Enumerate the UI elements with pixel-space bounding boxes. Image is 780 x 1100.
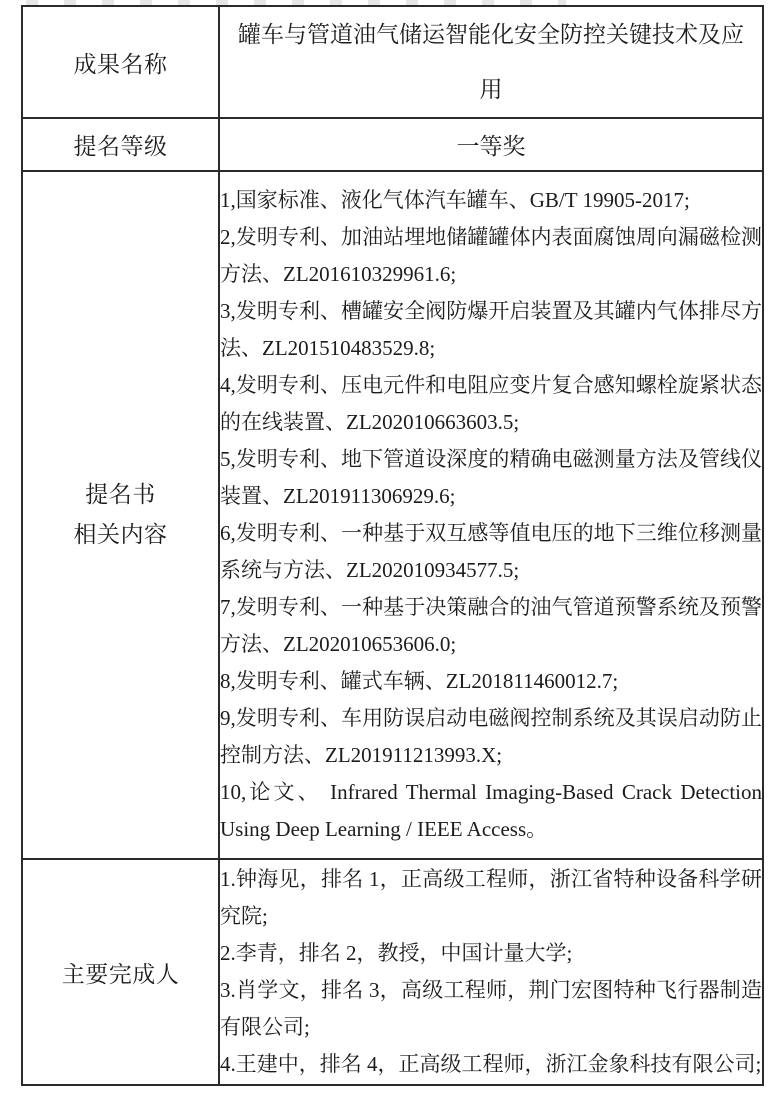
content-label-line2: 相关内容 [23, 515, 218, 555]
grade-label-cell: 提名等级 [22, 118, 219, 171]
contributor-item: 3.肖学文，排名 3，高级工程师，荆门宏图特种飞行器制造有限公司; [220, 972, 762, 1046]
content-label-cell: 提名书 相关内容 [22, 171, 219, 859]
content-item: 2,发明专利、加油站埋地储罐罐体内表面腐蚀周向漏磁检测方法、ZL20161032… [220, 219, 762, 293]
table-row-contributors: 主要完成人 1.钟海见，排名 1，正高级工程师，浙江省特种设备科学研究院; 2.… [22, 859, 763, 1085]
content-item: 8,发明专利、罐式车辆、ZL201811460012.7; [220, 663, 762, 700]
contributor-item: 1.钟海见，排名 1，正高级工程师，浙江省特种设备科学研究院; [220, 861, 762, 935]
table-row-grade: 提名等级 一等奖 [22, 118, 763, 171]
content-label: 提名书 相关内容 [23, 475, 218, 555]
achievement-title: 罐车与管道油气储运智能化安全防控关键技术及应用 [235, 7, 747, 117]
achievement-label-cell: 成果名称 [22, 6, 219, 118]
table-row-content: 提名书 相关内容 1,国家标准、液化气体汽车罐车、GB/T 19905-2017… [22, 171, 763, 859]
contributors-label: 主要完成人 [62, 962, 180, 987]
content-item: 9,发明专利、车用防误启动电磁阀控制系统及其误启动防止控制方法、ZL201911… [220, 700, 762, 774]
contributor-item: 4.王建中，排名 4，正高级工程师，浙江金象科技有限公司; [220, 1046, 762, 1083]
content-item: 5,发明专利、地下管道设深度的精确电磁测量方法及管线仪装置、ZL20191130… [220, 441, 762, 515]
contributors-value-cell: 1.钟海见，排名 1，正高级工程师，浙江省特种设备科学研究院; 2.李青，排名 … [219, 859, 763, 1085]
table-row-achievement: 成果名称 罐车与管道油气储运智能化安全防控关键技术及应用 [22, 6, 763, 118]
content-item: 6,发明专利、一种基于双互感等值电压的地下三维位移测量系统与方法、ZL20201… [220, 515, 762, 589]
grade-value: 一等奖 [457, 134, 526, 159]
content-item: 1,国家标准、液化气体汽车罐车、GB/T 19905-2017; [220, 182, 762, 219]
document-page: 成果名称 罐车与管道油气储运智能化安全防控关键技术及应用 提名等级 一等奖 提名… [0, 0, 780, 1100]
content-label-line1: 提名书 [23, 475, 218, 515]
contributor-item: 2.李青，排名 2，教授，中国计量大学; [220, 935, 762, 972]
contributors-label-cell: 主要完成人 [22, 859, 219, 1085]
content-item: 4,发明专利、压电元件和电阻应变片复合感知螺栓旋紧状态的在线装置、ZL20201… [220, 367, 762, 441]
content-item: 7,发明专利、一种基于决策融合的油气管道预警系统及预警方法、ZL20201065… [220, 589, 762, 663]
content-item: 10,论文、 Infrared Thermal Imaging-Based Cr… [220, 774, 762, 848]
achievement-label: 成果名称 [74, 52, 168, 77]
content-item: 3,发明专利、槽罐安全阀防爆开启装置及其罐内气体排尽方法、ZL201510483… [220, 293, 762, 367]
achievement-value-cell: 罐车与管道油气储运智能化安全防控关键技术及应用 [219, 6, 763, 118]
grade-label: 提名等级 [74, 134, 168, 159]
nomination-table: 成果名称 罐车与管道油气储运智能化安全防控关键技术及应用 提名等级 一等奖 提名… [21, 5, 764, 1086]
grade-value-cell: 一等奖 [219, 118, 763, 171]
content-value-cell: 1,国家标准、液化气体汽车罐车、GB/T 19905-2017; 2,发明专利、… [219, 171, 763, 859]
